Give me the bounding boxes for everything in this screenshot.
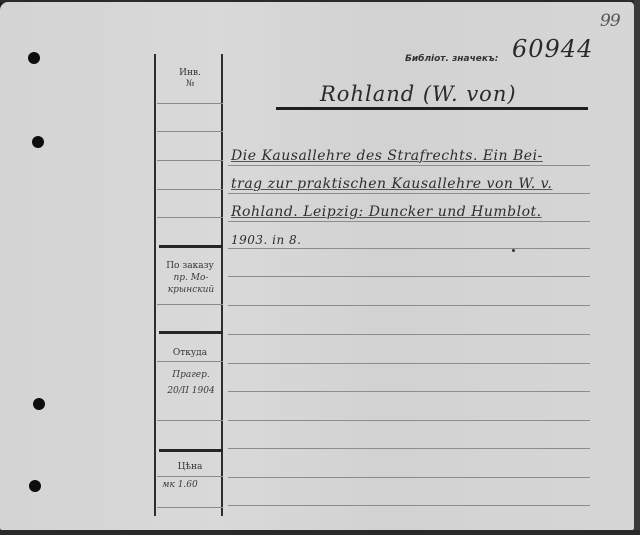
- source-value: Прагер. 20/II 1904: [158, 369, 224, 397]
- column-rule: [157, 217, 223, 218]
- section-divider: [159, 245, 223, 248]
- ruled-line: [228, 193, 590, 194]
- ruled-line: [228, 221, 590, 222]
- column-rule: [157, 304, 223, 305]
- ruled-line: [228, 334, 590, 335]
- order-header: По заказу: [157, 261, 223, 272]
- source-line-2: 20/II 1904: [158, 385, 224, 397]
- ruled-line: [228, 276, 590, 277]
- left-column-border: [154, 54, 156, 516]
- section-divider: [159, 331, 223, 334]
- card-bottom-edge: [0, 530, 640, 535]
- ink-speck: [512, 249, 515, 252]
- ruled-line: [228, 505, 590, 506]
- order-line-1: пр. Мо-: [158, 272, 224, 284]
- price-header: Цѣна: [157, 462, 223, 473]
- description-line-1: Die Kausallehre des Strafrechts. Ein Bei…: [231, 148, 543, 164]
- column-rule: [157, 103, 223, 104]
- shelf-mark-value: 60944: [512, 35, 593, 63]
- punch-hole-icon: [32, 136, 44, 148]
- shelf-mark-label: Библіот. значекъ:: [405, 54, 498, 64]
- punch-hole-icon: [28, 52, 40, 64]
- description-line-2: trag zur praktischen Kausallehre von W. …: [231, 176, 552, 192]
- ruled-line: [228, 165, 590, 166]
- ruled-line: [228, 305, 590, 306]
- column-rule: [157, 507, 223, 508]
- ruled-line: [228, 248, 590, 249]
- punch-hole-icon: [33, 398, 45, 410]
- column-rule: [157, 476, 223, 477]
- source-header: Откуда: [157, 348, 223, 359]
- section-divider: [159, 449, 223, 452]
- column-rule: [157, 361, 223, 362]
- ruled-line: [228, 420, 590, 421]
- inventory-header: Инв. №: [157, 68, 223, 90]
- order-value: пр. Мо- крынский: [158, 272, 224, 296]
- price-value: мк 1.60: [156, 479, 228, 491]
- column-rule: [157, 189, 223, 190]
- page-number: 99: [600, 11, 620, 31]
- column-rule: [157, 131, 223, 132]
- column-rule: [157, 420, 223, 421]
- catalog-card: 99 Библіот. значекъ: 60944 Инв. № По зак…: [0, 2, 634, 530]
- description-line-3: Rohland. Leipzig: Duncker und Humblot.: [231, 204, 542, 220]
- ruled-line: [228, 448, 590, 449]
- card-right-edge: [634, 0, 640, 535]
- description-line-4: 1903. in 8.: [231, 233, 302, 247]
- ruled-line: [228, 391, 590, 392]
- author-heading: Rohland (W. von): [320, 82, 517, 106]
- number-sign: №: [157, 79, 223, 90]
- author-underline: [276, 107, 588, 110]
- inventory-label: Инв.: [157, 68, 223, 79]
- column-rule: [157, 160, 223, 161]
- order-line-2: крынский: [158, 284, 224, 296]
- source-line-1: Прагер.: [158, 369, 224, 381]
- ruled-line: [228, 363, 590, 364]
- punch-hole-icon: [29, 480, 41, 492]
- ruled-line: [228, 477, 590, 478]
